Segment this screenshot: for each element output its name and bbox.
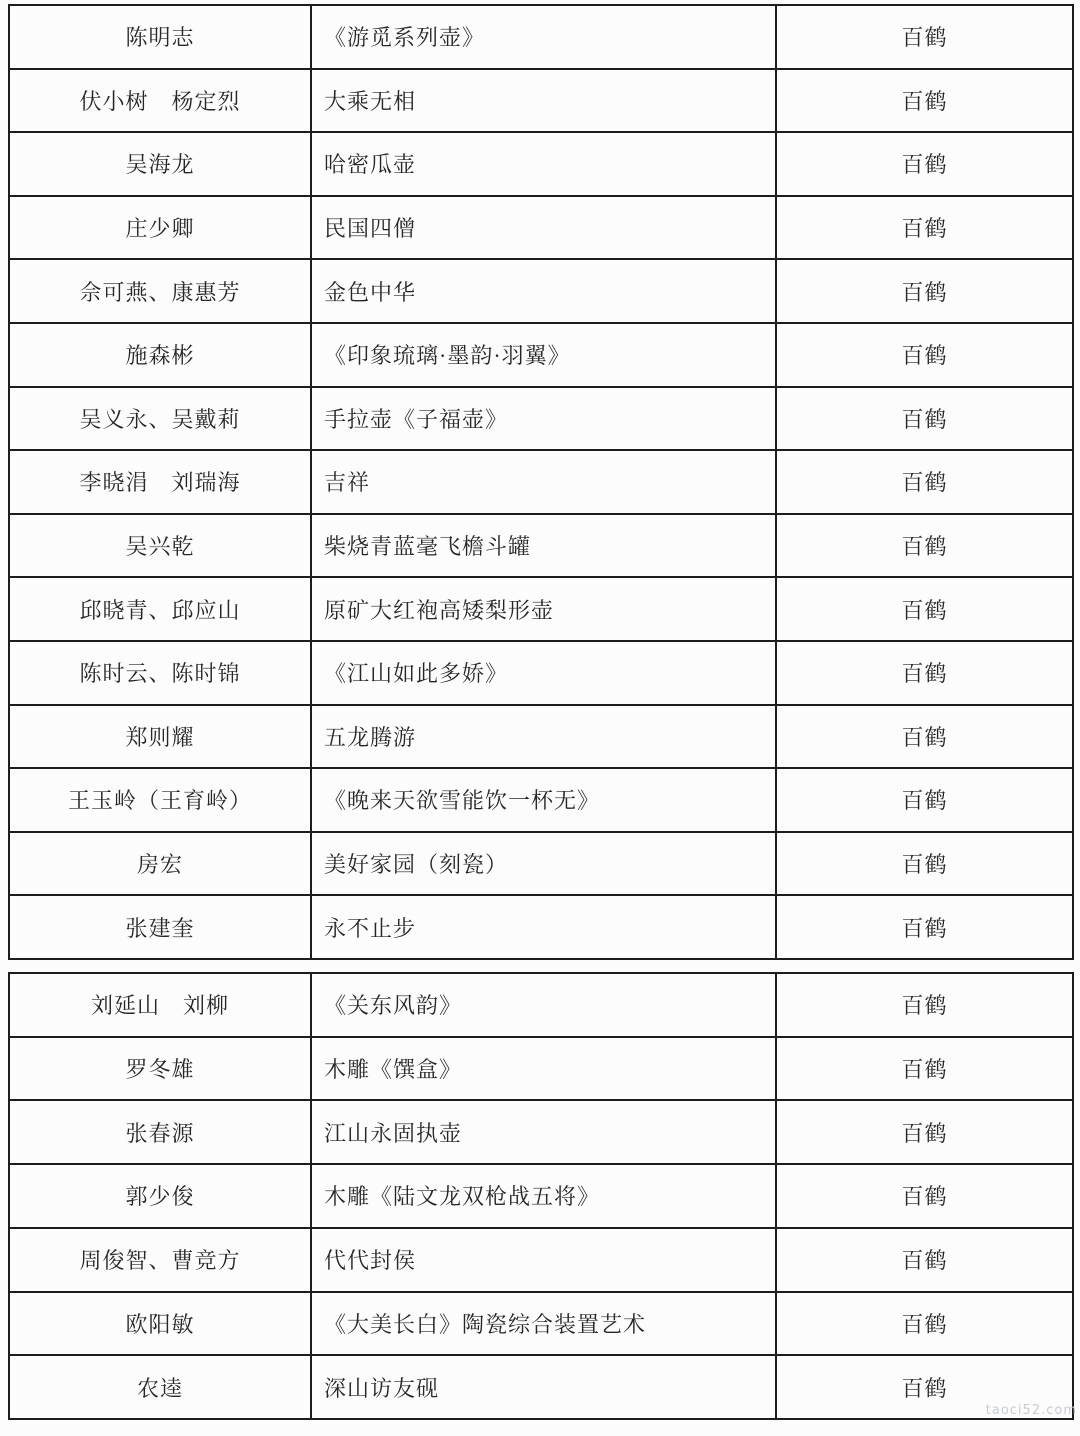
work-title-cell: 深山访友砚 [311, 1355, 776, 1419]
table-row: 张春源 江山永固执壶 百鹤 [9, 1100, 1073, 1164]
award-name-cell: 百鹤 [776, 259, 1073, 323]
award-name-cell: 百鹤 [776, 641, 1073, 705]
work-title-cell: 手拉壶《子福壶》 [311, 387, 776, 451]
award-name-cell: 百鹤 [776, 895, 1073, 959]
award-name-cell: 百鹤 [776, 323, 1073, 387]
work-title-cell: 永不止步 [311, 895, 776, 959]
award-name-cell: 百鹤 [776, 387, 1073, 451]
award-name-cell: 百鹤 [776, 1100, 1073, 1164]
artist-name-cell: 伏小树 杨定烈 [9, 69, 311, 133]
artist-name-cell: 邱晓青、邱应山 [9, 577, 311, 641]
artist-name-cell: 罗冬雄 [9, 1037, 311, 1101]
artist-name-cell: 陈时云、陈时锦 [9, 641, 311, 705]
work-title-cell: 《大美长白》陶瓷综合装置艺术 [311, 1292, 776, 1356]
work-title-cell: 原矿大红袍高矮梨形壶 [311, 577, 776, 641]
artist-name-cell: 张建奎 [9, 895, 311, 959]
artist-name-cell: 陈明志 [9, 5, 311, 69]
artist-name-cell: 郭少俊 [9, 1164, 311, 1228]
work-title-cell: 《晚来天欲雪能饮一杯无》 [311, 768, 776, 832]
work-title-cell: 木雕《馔盒》 [311, 1037, 776, 1101]
artist-name-cell: 欧阳敏 [9, 1292, 311, 1356]
awards-table-upper: 陈明志 《游觅系列壶》 百鹤 伏小树 杨定烈 大乘无相 百鹤 吴海龙 哈密瓜壶 … [8, 4, 1074, 960]
work-title-cell: 代代封侯 [311, 1228, 776, 1292]
awards-table-lower: 刘延山 刘柳 《关东风韵》 百鹤 罗冬雄 木雕《馔盒》 百鹤 张春源 江山永固执… [8, 972, 1074, 1420]
award-name-cell: 百鹤 [776, 705, 1073, 769]
table-row: 吴海龙 哈密瓜壶 百鹤 [9, 132, 1073, 196]
award-name-cell: 百鹤 [776, 832, 1073, 896]
work-title-cell: 柴烧青蓝毫飞檐斗罐 [311, 514, 776, 578]
artist-name-cell: 吴兴乾 [9, 514, 311, 578]
awards-table-upper-body: 陈明志 《游觅系列壶》 百鹤 伏小树 杨定烈 大乘无相 百鹤 吴海龙 哈密瓜壶 … [9, 5, 1073, 959]
artist-name-cell: 施森彬 [9, 323, 311, 387]
awards-table-lower-body: 刘延山 刘柳 《关东风韵》 百鹤 罗冬雄 木雕《馔盒》 百鹤 张春源 江山永固执… [9, 973, 1073, 1419]
artist-name-cell: 郑则耀 [9, 705, 311, 769]
award-name-cell: 百鹤 [776, 973, 1073, 1037]
table-row: 陈明志 《游觅系列壶》 百鹤 [9, 5, 1073, 69]
table-row: 房宏 美好家园（刻瓷） 百鹤 [9, 832, 1073, 896]
table-row: 佘可燕、康惠芳 金色中华 百鹤 [9, 259, 1073, 323]
table-row: 郭少俊 木雕《陆文龙双枪战五将》 百鹤 [9, 1164, 1073, 1228]
work-title-cell: 美好家园（刻瓷） [311, 832, 776, 896]
work-title-cell: 《关东风韵》 [311, 973, 776, 1037]
award-name-cell: 百鹤 [776, 1228, 1073, 1292]
award-name-cell: 百鹤 [776, 514, 1073, 578]
work-title-cell: 大乘无相 [311, 69, 776, 133]
artist-name-cell: 李晓涓 刘瑞海 [9, 450, 311, 514]
award-name-cell: 百鹤 [776, 5, 1073, 69]
artist-name-cell: 吴义永、吴戴莉 [9, 387, 311, 451]
table-row: 庄少卿 民国四僧 百鹤 [9, 196, 1073, 260]
award-name-cell: 百鹤 [776, 450, 1073, 514]
table-row: 罗冬雄 木雕《馔盒》 百鹤 [9, 1037, 1073, 1101]
table-row: 王玉岭（王育岭） 《晚来天欲雪能饮一杯无》 百鹤 [9, 768, 1073, 832]
artist-name-cell: 佘可燕、康惠芳 [9, 259, 311, 323]
table-row: 周俊智、曹竞方 代代封侯 百鹤 [9, 1228, 1073, 1292]
artist-name-cell: 吴海龙 [9, 132, 311, 196]
award-name-cell: 百鹤 [776, 1037, 1073, 1101]
artist-name-cell: 农逵 [9, 1355, 311, 1419]
award-name-cell: 百鹤 [776, 768, 1073, 832]
work-title-cell: 《游觅系列壶》 [311, 5, 776, 69]
artist-name-cell: 刘延山 刘柳 [9, 973, 311, 1037]
artist-name-cell: 王玉岭（王育岭） [9, 768, 311, 832]
work-title-cell: 哈密瓜壶 [311, 132, 776, 196]
award-name-cell: 百鹤 [776, 577, 1073, 641]
artist-name-cell: 庄少卿 [9, 196, 311, 260]
work-title-cell: 金色中华 [311, 259, 776, 323]
table-row: 陈时云、陈时锦 《江山如此多娇》 百鹤 [9, 641, 1073, 705]
table-row: 农逵 深山访友砚 百鹤 [9, 1355, 1073, 1419]
table-row: 郑则耀 五龙腾游 百鹤 [9, 705, 1073, 769]
work-title-cell: 《江山如此多娇》 [311, 641, 776, 705]
award-name-cell: 百鹤 [776, 69, 1073, 133]
table-row: 刘延山 刘柳 《关东风韵》 百鹤 [9, 973, 1073, 1037]
table-row: 吴义永、吴戴莉 手拉壶《子福壶》 百鹤 [9, 387, 1073, 451]
table-row: 吴兴乾 柴烧青蓝毫飞檐斗罐 百鹤 [9, 514, 1073, 578]
work-title-cell: 江山永固执壶 [311, 1100, 776, 1164]
artist-name-cell: 房宏 [9, 832, 311, 896]
award-name-cell: 百鹤 [776, 132, 1073, 196]
document-page: 陈明志 《游觅系列壶》 百鹤 伏小树 杨定烈 大乘无相 百鹤 吴海龙 哈密瓜壶 … [0, 0, 1080, 1436]
artist-name-cell: 张春源 [9, 1100, 311, 1164]
award-name-cell: 百鹤 [776, 1292, 1073, 1356]
table-row: 施森彬 《印象琉璃·墨韵·羽翼》 百鹤 [9, 323, 1073, 387]
work-title-cell: 《印象琉璃·墨韵·羽翼》 [311, 323, 776, 387]
table-row: 张建奎 永不止步 百鹤 [9, 895, 1073, 959]
work-title-cell: 五龙腾游 [311, 705, 776, 769]
work-title-cell: 木雕《陆文龙双枪战五将》 [311, 1164, 776, 1228]
award-name-cell: 百鹤 [776, 196, 1073, 260]
table-row: 欧阳敏 《大美长白》陶瓷综合装置艺术 百鹤 [9, 1292, 1073, 1356]
award-name-cell: 百鹤 [776, 1164, 1073, 1228]
table-row: 伏小树 杨定烈 大乘无相 百鹤 [9, 69, 1073, 133]
work-title-cell: 吉祥 [311, 450, 776, 514]
table-row: 邱晓青、邱应山 原矿大红袍高矮梨形壶 百鹤 [9, 577, 1073, 641]
watermark: taoci52.com [986, 1403, 1077, 1418]
work-title-cell: 民国四僧 [311, 196, 776, 260]
artist-name-cell: 周俊智、曹竞方 [9, 1228, 311, 1292]
table-row: 李晓涓 刘瑞海 吉祥 百鹤 [9, 450, 1073, 514]
